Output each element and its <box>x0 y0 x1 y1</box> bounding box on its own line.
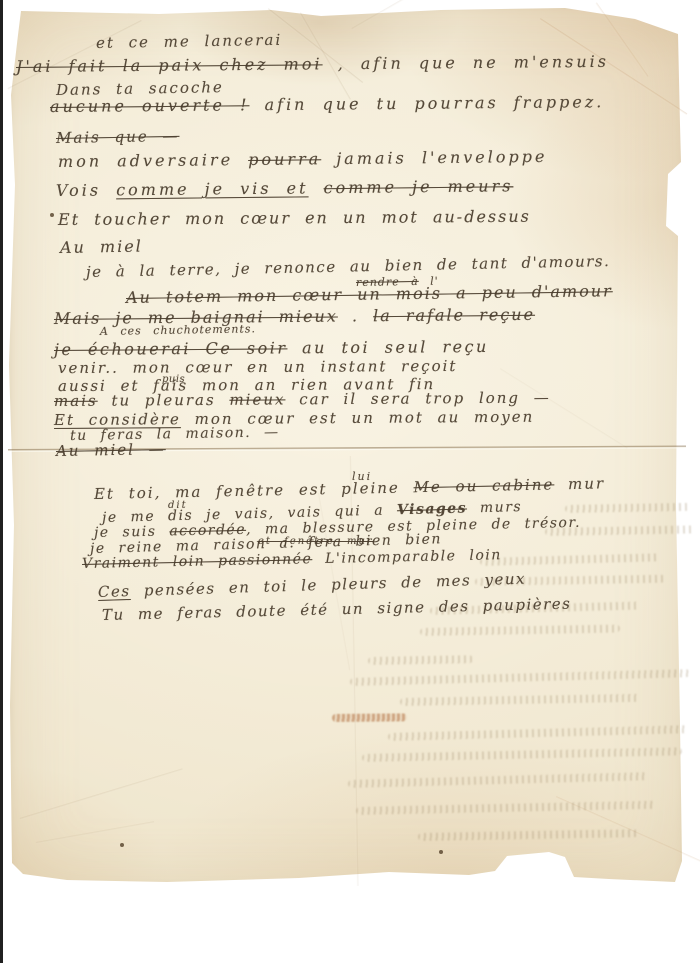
ink-speck <box>50 213 54 217</box>
ink-speck <box>120 843 124 847</box>
speck-layer <box>0 0 700 963</box>
scanned-manuscript-page: et ce me lanceraiJ'ai fait la paix chez … <box>0 0 700 963</box>
ink-speck <box>439 850 443 854</box>
